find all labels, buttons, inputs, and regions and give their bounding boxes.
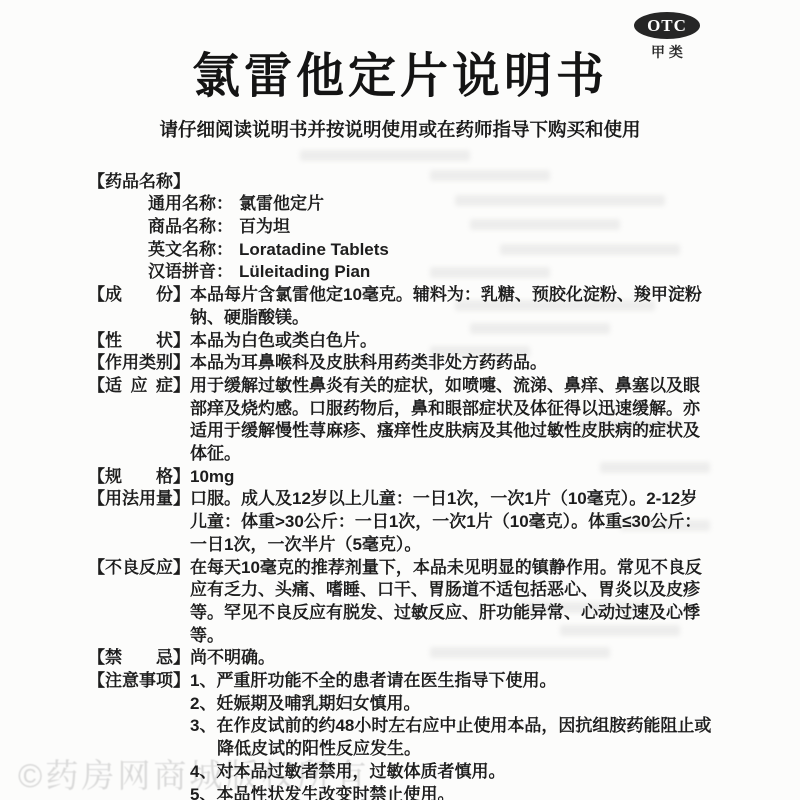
drug-name-value: Lüleitading Pian — [239, 261, 370, 284]
page-subtitle: 请仔细阅读说明书并按说明使用或在药师指导下购买和使用 — [0, 116, 800, 142]
section-dosage: 【用法用量】 口服。成人及12岁以上儿童：一日1次，一次1片（10毫克）。2-1… — [88, 488, 712, 556]
section-label: 【药品名称】 — [88, 171, 190, 194]
drug-name-key: 英文名称： — [148, 239, 233, 262]
section-label: 【性状】 — [88, 330, 190, 353]
drug-name-value: Loratadine Tablets — [239, 239, 389, 262]
bleed-through-smudge — [300, 150, 470, 161]
otc-logo-text: OTC — [647, 16, 687, 36]
drug-name-key: 汉语拼音： — [148, 261, 233, 284]
drug-name-row: 通用名称： 氯雷他定片 — [148, 193, 712, 216]
section-label: 【成份】 — [88, 284, 190, 307]
drug-name-key: 商品名称： — [148, 216, 233, 239]
section-properties: 【性状】 本品为白色或类白色片。 — [88, 330, 712, 353]
drug-name-value: 百为坦 — [239, 216, 290, 239]
drug-name-value: 氯雷他定片 — [239, 193, 324, 216]
section-label: 【禁忌】 — [88, 647, 190, 670]
section-text: 用于缓解过敏性鼻炎有关的症状，如喷嚏、流涕、鼻痒、鼻塞以及眼部痒及烧灼感。口服药… — [190, 375, 712, 466]
section-text: 在每天10毫克的推荐剂量下，本品未见明显的镇静作用。常见不良反应有乏力、头痛、嗜… — [190, 557, 712, 648]
precaution-item: 1、严重肝功能不全的患者请在医生指导下使用。 — [190, 670, 712, 693]
precaution-item: 3、在作皮试前的约48小时左右应中止使用本品，因抗组胺药能阻止或降低皮试的阳性反… — [190, 715, 712, 760]
leaflet-content: 【药品名称】 通用名称： 氯雷他定片 商品名称： 百为坦 英文名称： Lorat… — [88, 171, 712, 800]
otc-oval-icon: OTC — [634, 12, 700, 39]
drug-name-row: 商品名称： 百为坦 — [148, 216, 712, 239]
section-label: 【不良反应】 — [88, 557, 190, 580]
section-text: 本品为白色或类白色片。 — [190, 330, 712, 353]
leaflet-page: ©药房网商城版权所有 OTC 甲 类 氯雷他定片说明书 请仔细阅读说明书并按说明… — [0, 0, 800, 800]
section-label: 【用法用量】 — [88, 488, 190, 511]
section-text: 本品为耳鼻喉科及皮肤科用药类非处方药药品。 — [190, 352, 712, 375]
section-label: 【作用类别】 — [88, 352, 190, 375]
otc-badge: OTC 甲 类 — [634, 12, 700, 62]
section-text: 本品每片含氯雷他定10毫克。辅料为：乳糖、预胶化淀粉、羧甲淀粉钠、硬脂酸镁。 — [190, 284, 712, 329]
section-label: 【适应症】 — [88, 375, 190, 398]
section-drug-name: 【药品名称】 — [88, 171, 712, 194]
drug-name-row: 汉语拼音： Lüleitading Pian — [148, 261, 712, 284]
section-indications: 【适应症】 用于缓解过敏性鼻炎有关的症状，如喷嚏、流涕、鼻痒、鼻塞以及眼部痒及烧… — [88, 375, 712, 466]
section-text: 口服。成人及12岁以上儿童：一日1次，一次1片（10毫克）。2-12岁儿童：体重… — [190, 488, 712, 556]
drug-name-row: 英文名称： Loratadine Tablets — [148, 239, 712, 262]
section-text: 尚不明确。 — [190, 647, 712, 670]
section-text: 10mg — [190, 466, 712, 489]
drug-name-key: 通用名称： — [148, 193, 233, 216]
section-ingredients: 【成份】 本品每片含氯雷他定10毫克。辅料为：乳糖、预胶化淀粉、羧甲淀粉钠、硬脂… — [88, 284, 712, 329]
section-contraindications: 【禁忌】 尚不明确。 — [88, 647, 712, 670]
precaution-item: 4、对本品过敏者禁用，过敏体质者慎用。 — [190, 761, 712, 784]
section-precautions: 【注意事项】 1、严重肝功能不全的患者请在医生指导下使用。 2、妊娠期及哺乳期妇… — [88, 670, 712, 800]
precaution-list: 1、严重肝功能不全的患者请在医生指导下使用。 2、妊娠期及哺乳期妇女慎用。 3、… — [190, 670, 712, 800]
section-specification: 【规格】 10mg — [88, 466, 712, 489]
drug-name-rows: 通用名称： 氯雷他定片 商品名称： 百为坦 英文名称： Loratadine T… — [148, 193, 712, 284]
otc-class-label: 甲 类 — [634, 42, 700, 62]
precaution-item: 2、妊娠期及哺乳期妇女慎用。 — [190, 693, 712, 716]
precaution-item: 5、本品性状发生改变时禁止使用。 — [190, 784, 712, 800]
section-adverse-reactions: 【不良反应】 在每天10毫克的推荐剂量下，本品未见明显的镇静作用。常见不良反应有… — [88, 557, 712, 648]
section-label: 【注意事项】 — [88, 670, 190, 693]
section-category: 【作用类别】 本品为耳鼻喉科及皮肤科用药类非处方药药品。 — [88, 352, 712, 375]
section-label: 【规格】 — [88, 466, 190, 489]
